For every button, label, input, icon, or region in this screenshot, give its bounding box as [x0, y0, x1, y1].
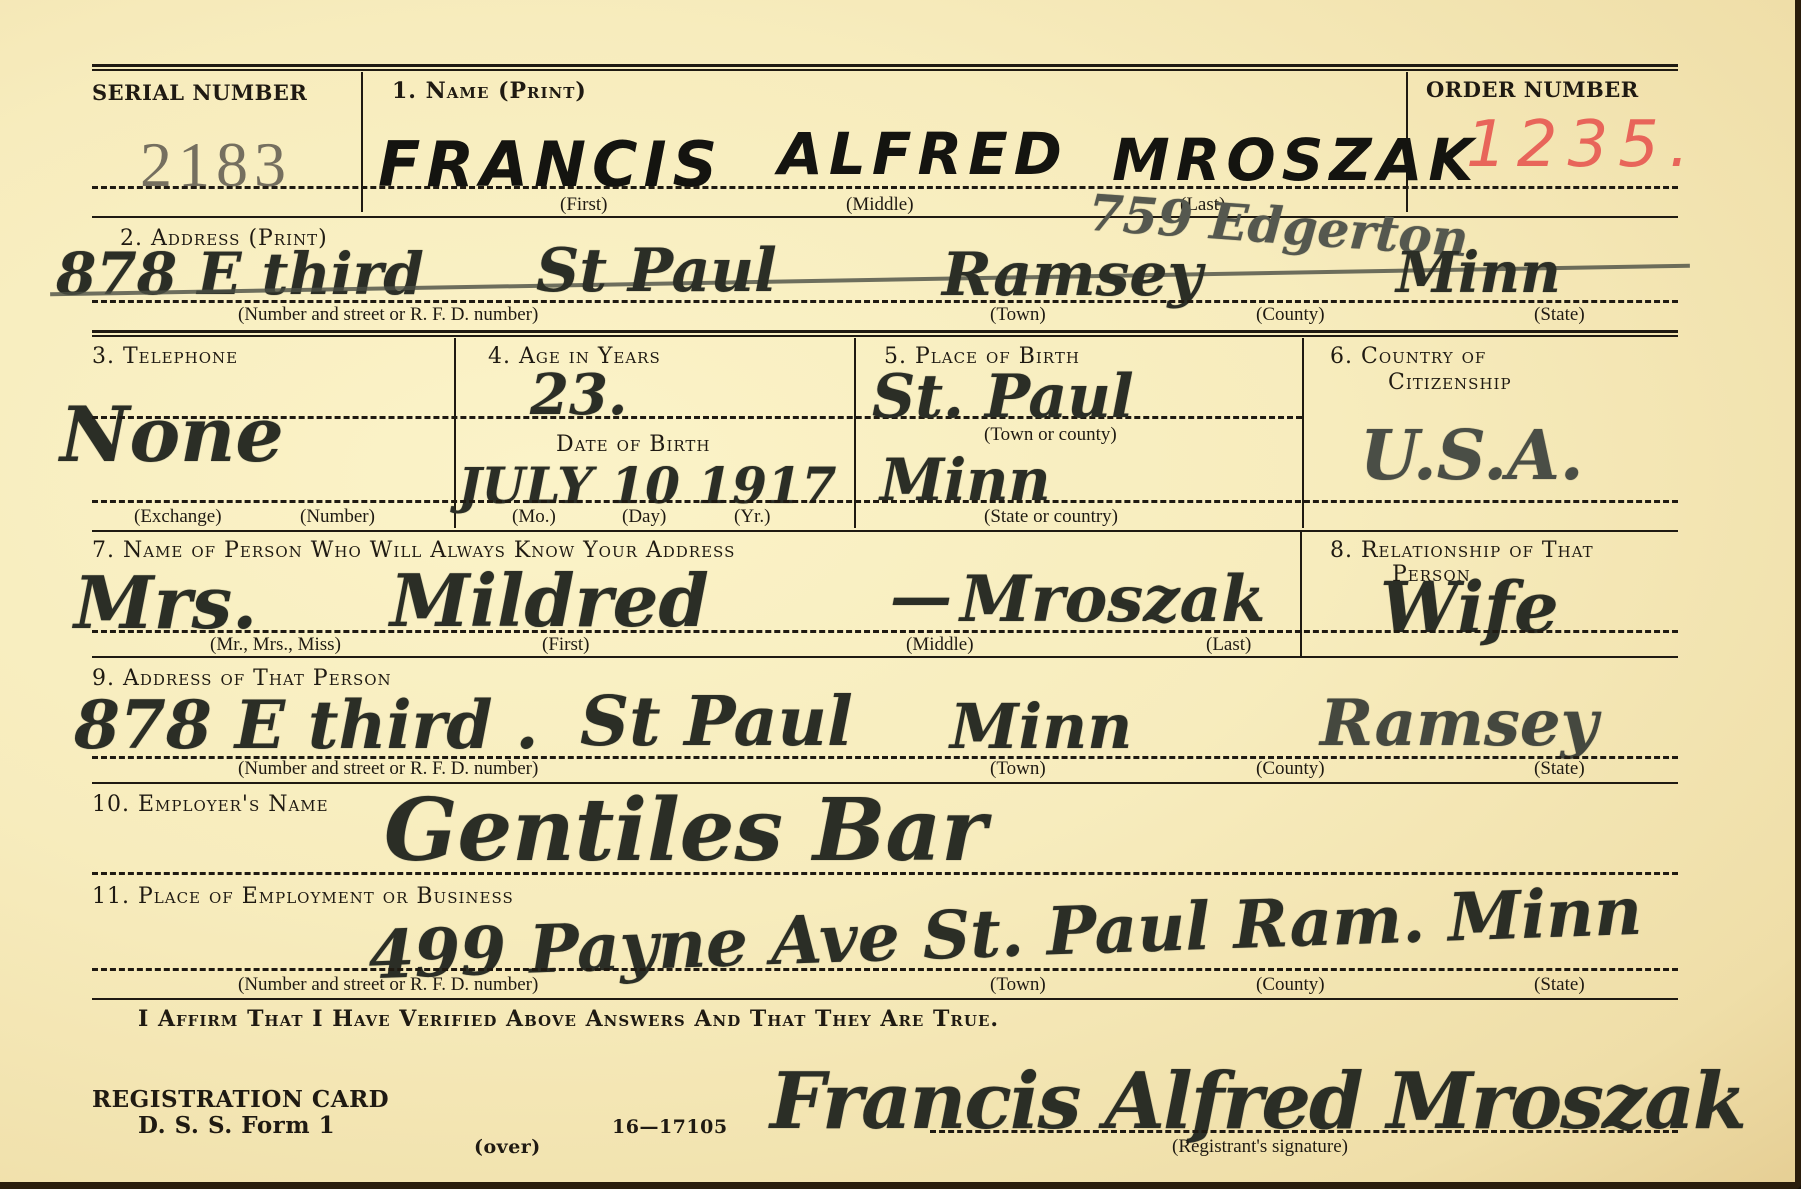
dashed-line: [92, 630, 1678, 633]
caption-town: (Town): [990, 974, 1046, 996]
print-code: 16—17105: [612, 1116, 728, 1138]
address-town: St Paul: [536, 236, 777, 306]
dashed-line: [92, 872, 1678, 875]
citizenship-label-line1: 6. Country of: [1330, 344, 1486, 369]
contact-last: Mroszak: [960, 562, 1265, 637]
name-first-value: FRANCIS: [378, 128, 723, 201]
address-street-struck: 878 E third: [56, 240, 424, 308]
name-label: 1. Name (Print): [392, 78, 587, 104]
caption-exchange: (Exchange): [134, 506, 222, 528]
relationship-value: Wife: [1380, 566, 1559, 649]
dashed-line: [92, 968, 1678, 971]
rule: [92, 530, 1678, 532]
address-state: Minn: [1396, 240, 1561, 306]
caption-first: (First): [542, 634, 590, 656]
order-number-value: 1235.: [1466, 108, 1699, 182]
contact-address-street: 878 E third .: [74, 686, 538, 764]
caption-middle: (Middle): [906, 634, 974, 656]
date-of-birth-label: Date of Birth: [556, 432, 711, 457]
affirmation-text: I Affirm That I Have Verified Above Answ…: [138, 1006, 999, 1032]
employment-place-label: 11. Place of Employment or Business: [92, 884, 514, 909]
signature-caption: (Registrant's signature): [1172, 1136, 1348, 1158]
divider: [1300, 532, 1302, 656]
form-id: D. S. S. Form 1: [138, 1112, 335, 1139]
caption-town: (Town): [990, 758, 1046, 780]
caption-town: (Town): [990, 304, 1046, 326]
caption-day: (Day): [622, 506, 666, 528]
caption-number: (Number): [300, 506, 375, 528]
caption-last: (Last): [1206, 634, 1251, 656]
caption-county: (County): [1256, 974, 1325, 996]
relationship-label-line1: 8. Relationship of That: [1330, 538, 1594, 563]
caption-state: (State): [1534, 304, 1585, 326]
caption-street: (Number and street or R. F. D. number): [238, 974, 538, 996]
caption-first: (First): [560, 194, 608, 216]
dashed-line: [92, 500, 1678, 503]
contact-address-town: St Paul: [580, 682, 853, 762]
contact-address-state-written: Minn: [950, 690, 1132, 763]
caption-street: (Number and street or R. F. D. number): [238, 758, 538, 780]
serial-number-label: SERIAL NUMBER: [92, 80, 307, 105]
telephone-label: 3. Telephone: [92, 344, 238, 369]
citizenship-value: U.S.A.: [1360, 416, 1584, 496]
employer-label: 10. Employer's Name: [92, 792, 329, 817]
address-dashed-line: [92, 300, 1678, 303]
place-of-birth-town: St. Paul: [872, 362, 1134, 432]
caption-street: (Number and street or R. F. D. number): [238, 304, 538, 326]
name-last-value: MROSZAK: [1112, 126, 1479, 194]
serial-number-value: 2183: [140, 128, 292, 202]
contact-address-county: Ramsey: [1320, 686, 1598, 761]
name-dashed-line: [92, 186, 1678, 189]
rule: [92, 656, 1678, 658]
place-of-birth-state: Minn: [880, 446, 1051, 514]
caption-county: (County): [1256, 304, 1325, 326]
employer-value: Gentiles Bar: [384, 780, 987, 881]
contact-middle: —: [890, 560, 952, 633]
caption-state: (State): [1534, 758, 1585, 780]
divider: [361, 72, 363, 212]
over-note: (over): [474, 1136, 541, 1158]
rule: [92, 998, 1678, 1000]
top-rule: [92, 64, 1678, 71]
registration-card: SERIAL NUMBER 1. Name (Print) ORDER NUMB…: [0, 0, 1801, 1189]
caption-middle: (Middle): [846, 194, 914, 216]
caption-county: (County): [1256, 758, 1325, 780]
caption-town-or-county: (Town or county): [984, 424, 1117, 446]
caption-title: (Mr., Mrs., Miss): [210, 634, 341, 656]
order-number-label: ORDER NUMBER: [1426, 77, 1639, 102]
form-title: REGISTRATION CARD: [92, 1086, 389, 1113]
caption-year: (Yr.): [734, 506, 770, 528]
caption-state: (State): [1534, 974, 1585, 996]
caption-month: (Mo.): [512, 506, 556, 528]
registrant-signature: Francis Alfred Mroszak: [770, 1056, 1745, 1147]
caption-state-or-country: (State or country): [984, 506, 1118, 528]
rule: [92, 330, 1678, 337]
citizenship-label-line2: Citizenship: [1388, 370, 1512, 395]
name-middle-value: ALFRED: [778, 120, 1068, 188]
signature-dashed-line: [930, 1130, 1678, 1133]
telephone-value: None: [60, 390, 284, 479]
